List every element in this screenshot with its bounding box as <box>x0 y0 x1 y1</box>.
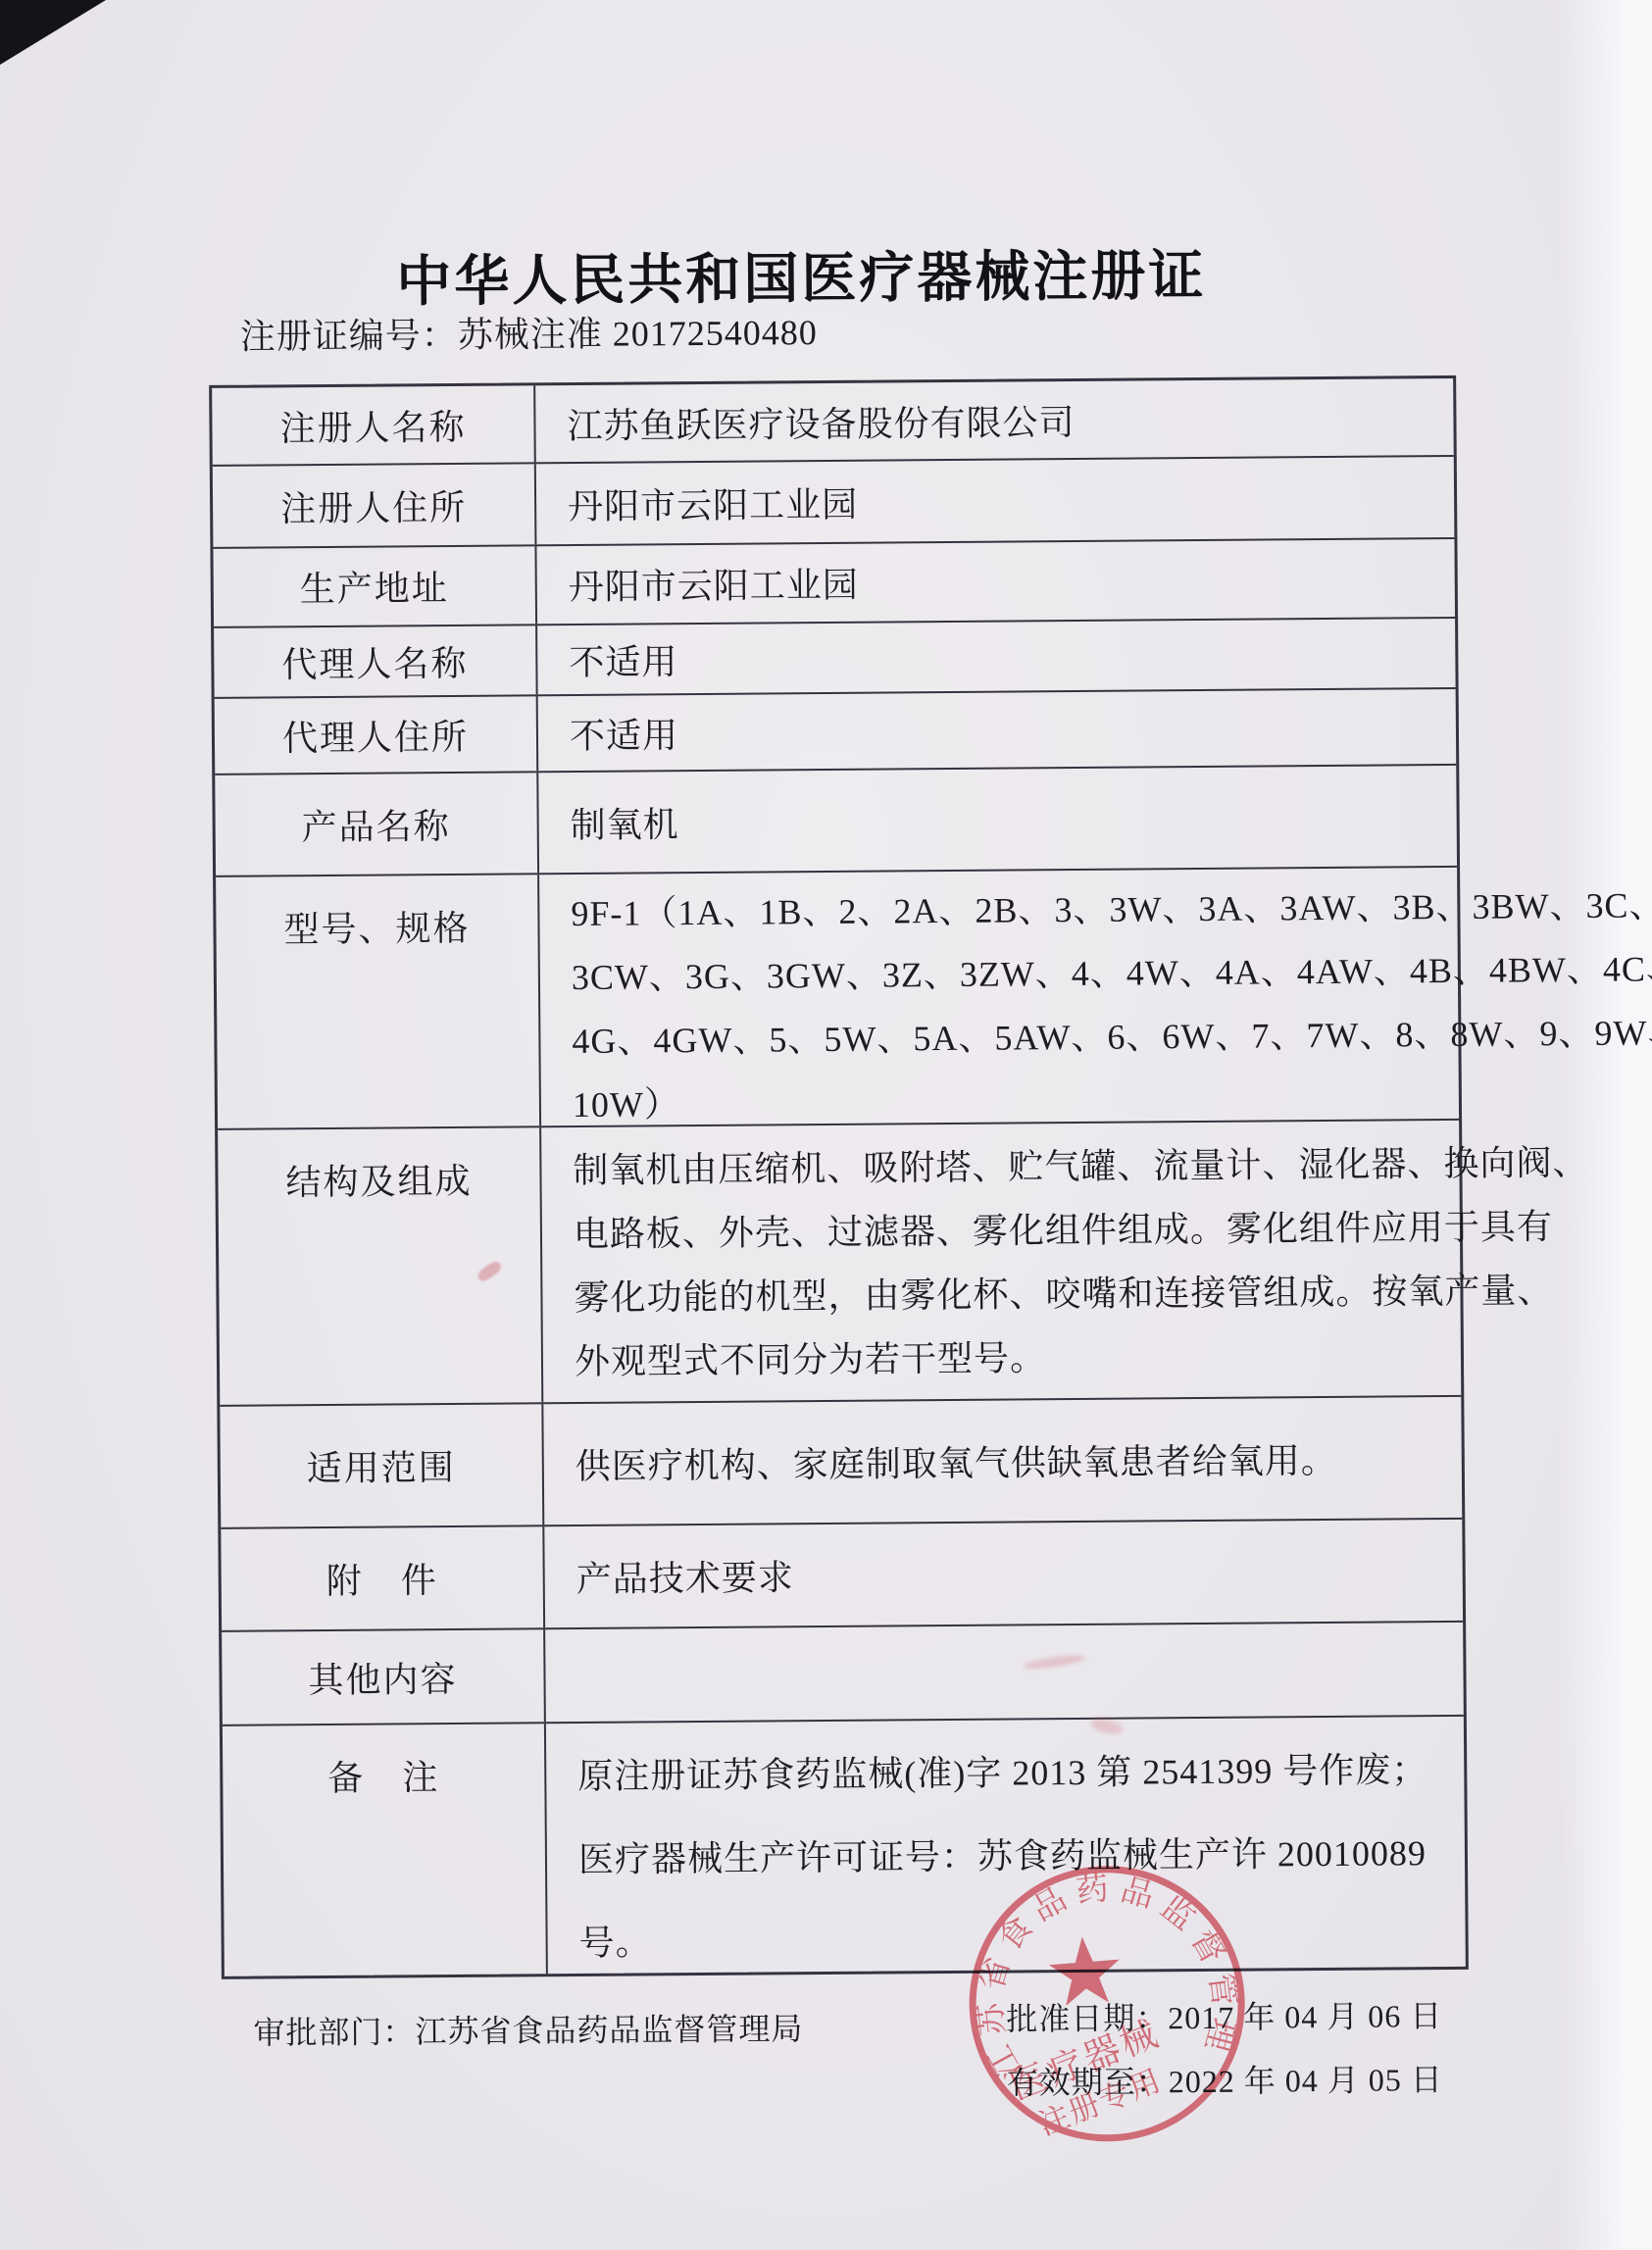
row-content-line: 原注册证苏食药监械(准)字 2013 第 2541399 号作废； <box>577 1728 1451 1819</box>
row-content: 9F-1（1A、1B、2、2A、2B、3、3W、3A、3AW、3B、3BW、3C… <box>537 865 1652 1125</box>
row-content-line: 不适用 <box>570 702 1442 759</box>
row-content-line: 供医疗机构、家庭制取氧气供缺氧患者给氧用。 <box>576 1432 1448 1489</box>
row-content-line: 外观型式不同分为若干型号。 <box>575 1323 1590 1394</box>
row-content-line: 9F-1（1A、1B、2、2A、2B、3、3W、3A、3AW、3B、3BW、3C… <box>571 873 1652 946</box>
official-red-seal: 江苏省食品药品监督管理局 医疗器械 注册专用 <box>955 1852 1258 2155</box>
approval-department-line: 审批部门：江苏省食品药品监督管理局 <box>253 2004 803 2053</box>
seal-star-icon <box>1047 1934 1123 2007</box>
row-content-line: 丹阳市云阳工业园 <box>568 473 1440 529</box>
row-label: 产品名称 <box>215 773 537 875</box>
row-label: 生产地址 <box>213 546 535 626</box>
certificate-sheet: 中华人民共和国医疗器械注册证 注册证编号：苏械注准 20172540480 注册… <box>0 0 1652 2250</box>
row-content-line: 雾化功能的机型，由雾化杯、咬嘴和连接管组成。按氧产量、 <box>574 1259 1589 1330</box>
table-row: 其他内容 <box>222 1621 1464 1725</box>
row-content-line: 产品技术要求 <box>576 1545 1449 1602</box>
row-label: 附 件 <box>221 1526 543 1630</box>
row-content-line: 3CW、3G、3GW、3Z、3ZW、4、4W、4A、4AW、4B、4BW、4C、… <box>572 936 1652 1010</box>
table-row: 结构及组成 制氧机由压缩机、吸附塔、贮气罐、流量计、湿化器、换向阀、电路板、外壳… <box>218 1119 1461 1405</box>
row-label: 代理人住所 <box>215 696 537 774</box>
registration-number-value: 苏械注准 20172540480 <box>458 313 818 355</box>
approval-department-value: 江苏省食品药品监督管理局 <box>415 2011 803 2049</box>
table-row: 代理人住所 不适用 <box>215 687 1457 774</box>
row-content: 丹阳市云阳工业园 <box>534 457 1455 544</box>
table-row: 产品名称 制氧机 <box>215 764 1457 875</box>
row-content-line: 不适用 <box>569 628 1441 685</box>
table-row: 附 件 产品技术要求 <box>221 1518 1463 1630</box>
table-row: 适用范围 供医疗机构、家庭制取氧气供缺氧患者给氧用。 <box>220 1395 1462 1527</box>
row-content-line: 江苏鱼跃医疗设备股份有限公司 <box>567 392 1439 449</box>
row-content: 制氧机由压缩机、吸附塔、贮气罐、流量计、湿化器、换向阀、电路板、外壳、过滤器、雾… <box>539 1120 1604 1403</box>
row-content-line: 制氧机由压缩机、吸附塔、贮气罐、流量计、湿化器、换向阀、 <box>573 1131 1588 1203</box>
row-content-line: 电路板、外壳、过滤器、雾化组件组成。雾化组件应用于具有 <box>574 1195 1589 1267</box>
row-content: 制氧机 <box>536 766 1457 873</box>
row-label: 注册人名称 <box>212 385 534 465</box>
row-label: 其他内容 <box>222 1629 544 1725</box>
row-label: 适用范围 <box>220 1404 542 1527</box>
row-content <box>543 1623 1464 1722</box>
table-row: 型号、规格 9F-1（1A、1B、2、2A、2B、3、3W、3A、3AW、3B、… <box>216 866 1459 1128</box>
row-content: 不适用 <box>536 689 1457 771</box>
table-row: 注册人名称 江苏鱼跃医疗设备股份有限公司 <box>212 378 1454 465</box>
row-content: 丹阳市云阳工业园 <box>534 539 1455 624</box>
table-row: 代理人名称 不适用 <box>214 617 1456 697</box>
row-content: 供医疗机构、家庭制取氧气供缺氧患者给氧用。 <box>541 1397 1462 1525</box>
row-label: 型号、规格 <box>216 875 539 1128</box>
row-content-line: 4G、4GW、5、5W、5A、5AW、6、6W、7、7W、8、8W、9、9W、1… <box>572 1000 1652 1074</box>
row-content: 产品技术要求 <box>542 1520 1463 1627</box>
row-label: 备 注 <box>223 1724 546 1976</box>
row-label: 代理人名称 <box>214 625 536 697</box>
row-content-line: 制氧机 <box>570 791 1442 848</box>
table-row: 备 注 原注册证苏食药监械(准)字 2013 第 2541399 号作废；医疗器… <box>223 1715 1466 1976</box>
row-label: 注册人住所 <box>213 464 535 547</box>
registration-number-line: 注册证编号：苏械注准 20172540480 <box>240 305 818 360</box>
registration-number-label: 注册证编号： <box>240 316 458 357</box>
certificate-table: 注册人名称 江苏鱼跃医疗设备股份有限公司 注册人住所 丹阳市云阳工业园 生产地址… <box>209 375 1469 1979</box>
table-row: 注册人住所 丹阳市云阳工业园 <box>213 455 1455 547</box>
approval-department-label: 审批部门： <box>253 2014 415 2050</box>
table-row: 生产地址 丹阳市云阳工业园 <box>213 537 1455 626</box>
row-content: 不适用 <box>535 619 1456 694</box>
row-content-line: 丹阳市云阳工业园 <box>569 553 1441 610</box>
row-content: 江苏鱼跃医疗设备股份有限公司 <box>533 378 1454 462</box>
